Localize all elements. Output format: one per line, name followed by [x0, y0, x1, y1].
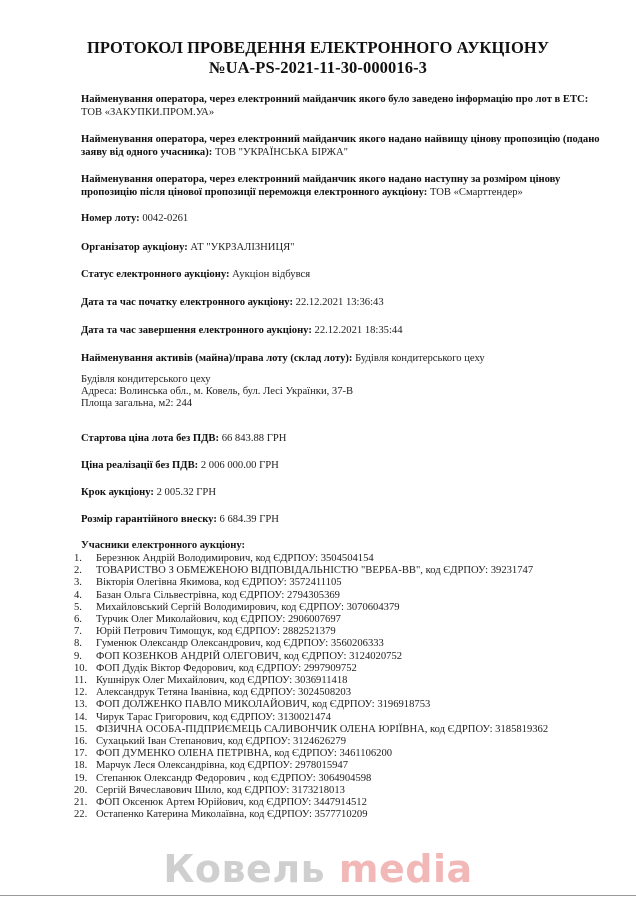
watermark-part1: Ковель	[163, 847, 325, 891]
list-item: 7.Юрій Петрович Тимощук, код ЄДРПОУ: 288…	[74, 626, 548, 638]
field-label: Найменування активів (майна)/права лоту …	[81, 353, 352, 364]
participants-heading: Учасники електронного аукціону:	[81, 540, 245, 551]
list-item: 1.Березнюк Андрій Володимирович, код ЄДР…	[74, 553, 548, 565]
field-ets-operator: Найменування оператора, через електронни…	[81, 93, 601, 119]
lot-description: Будівля кондитерського цеху Адреса: Воли…	[81, 374, 353, 411]
field-start-datetime: Дата та час початку електронного аукціон…	[81, 296, 601, 309]
list-item: 16.Сухацький Іван Степанович, код ЄДРПОУ…	[74, 736, 548, 748]
list-item: 21.ФОП Оксенюк Артем Юрійович, код ЄДРПО…	[74, 797, 548, 809]
watermark-logo: Ковель media	[0, 847, 636, 891]
field-label: Розмір гарантійного внеску:	[81, 514, 217, 525]
field-value: 66 843.88 ГРН	[222, 433, 287, 444]
field-lot-assets: Найменування активів (майна)/права лоту …	[81, 352, 601, 365]
list-item: 9.ФОП КОЗЕНКОВ АНДРІЙ ОЛЕГОВИЧ, код ЄДРП…	[74, 651, 548, 663]
field-auction-step: Крок аукціону: 2 005.32 ГРН	[81, 486, 601, 499]
field-value: 22.12.2021 13:36:43	[296, 297, 384, 308]
list-item: 20.Сергій Вячеславович Шило, код ЄДРПОУ:…	[74, 785, 548, 797]
field-label: Стартова ціна лота без ПДВ:	[81, 433, 219, 444]
field-highest-bid-operator: Найменування оператора, через електронни…	[81, 133, 601, 159]
field-value: ТОВ «ЗАКУПКИ.ПРОМ.УА»	[81, 107, 214, 118]
field-sale-price: Ціна реалізації без ПДВ: 2 006 000.00 ГР…	[81, 459, 601, 472]
list-item: 13.ФОП ДОЛЖЕНКО ПАВЛО МИКОЛАЙОВИЧ, код Є…	[74, 699, 548, 711]
list-item: 4.Базан Ольга Сільвестрівна, код ЄДРПОУ:…	[74, 590, 548, 602]
field-value: 6 684.39 ГРН	[220, 514, 279, 525]
field-value: ТОВ «Смарттендер»	[430, 187, 523, 198]
document-number: №UA-PS-2021-11-30-000016-3	[0, 58, 636, 78]
field-value: АТ "УКРЗАЛІЗНИЦЯ"	[190, 242, 294, 253]
list-item: 5.Михайловський Сергій Володимирович, ко…	[74, 602, 548, 614]
auction-protocol-page: ПРОТОКОЛ ПРОВЕДЕННЯ ЕЛЕКТРОННОГО АУКЦІОН…	[0, 0, 636, 900]
field-end-datetime: Дата та час завершення електронного аукц…	[81, 324, 601, 337]
list-item: 12.Александрук Тетяна Іванівна, код ЄДРП…	[74, 687, 548, 699]
list-item: 15.ФІЗИЧНА ОСОБА-ПІДПРИЄМЕЦЬ САЛИВОНЧИК …	[74, 724, 548, 736]
list-item: 17.ФОП ДУМЕНКО ОЛЕНА ПЕТРІВНА, код ЄДРПО…	[74, 748, 548, 760]
list-item: 22.Остапенко Катерина Миколаївна, код ЄД…	[74, 809, 548, 821]
field-value: 0042-0261	[142, 213, 188, 224]
field-value: Будівля кондитерського цеху	[355, 353, 485, 364]
field-label: Організатор аукціону:	[81, 242, 188, 253]
field-lot-number: Номер лоту: 0042-0261	[81, 212, 601, 225]
field-value: 22.12.2021 18:35:44	[315, 325, 403, 336]
field-next-bid-operator: Найменування оператора, через електронни…	[81, 173, 601, 199]
field-label: Крок аукціону:	[81, 487, 154, 498]
field-label: Найменування оператора, через електронни…	[81, 94, 588, 105]
field-value: 2 006 000.00 ГРН	[201, 460, 279, 471]
field-organizer: Організатор аукціону: АТ "УКРЗАЛІЗНИЦЯ"	[81, 241, 601, 254]
field-label: Номер лоту:	[81, 213, 140, 224]
list-item: 10.ФОП Дудік Віктор Федорович, код ЄДРПО…	[74, 663, 548, 675]
list-item: 2.ТОВАРИСТВО З ОБМЕЖЕНОЮ ВІДПОВІДАЛЬНІСТ…	[74, 565, 548, 577]
list-item: 18.Марчук Леся Олександрівна, код ЄДРПОУ…	[74, 760, 548, 772]
list-item: 11.Кушнірук Олег Михайлович, код ЄДРПОУ:…	[74, 675, 548, 687]
field-value: ТОВ "УКРАЇНСЬКА БІРЖА"	[215, 147, 348, 158]
field-guarantee-fee: Розмір гарантійного внеску: 6 684.39 ГРН	[81, 513, 601, 526]
field-start-price: Стартова ціна лота без ПДВ: 66 843.88 ГР…	[81, 432, 601, 445]
list-item: 19.Степанюк Олександр Федорович , код ЄД…	[74, 773, 548, 785]
field-value: Аукціон відбувся	[232, 269, 310, 280]
page-bottom-edge	[0, 895, 636, 896]
list-item: 14.Чирук Тарас Григорович, код ЄДРПОУ: 3…	[74, 712, 548, 724]
field-status: Статус електронного аукціону: Аукціон ві…	[81, 268, 601, 281]
field-value: 2 005.32 ГРН	[157, 487, 216, 498]
field-label: Ціна реалізації без ПДВ:	[81, 460, 198, 471]
field-label: Статус електронного аукціону:	[81, 269, 230, 280]
list-item: 6.Турчик Олег Миколайович, код ЄДРПОУ: 2…	[74, 614, 548, 626]
list-item: 3.Вікторія Олегівна Якимова, код ЄДРПОУ:…	[74, 577, 548, 589]
lot-description-name: Будівля кондитерського цеху	[81, 374, 353, 386]
field-label: Дата та час завершення електронного аукц…	[81, 325, 312, 336]
field-label: Дата та час початку електронного аукціон…	[81, 297, 293, 308]
document-title: ПРОТОКОЛ ПРОВЕДЕННЯ ЕЛЕКТРОННОГО АУКЦІОН…	[0, 38, 636, 58]
lot-description-area: Площа загальна, м2: 244	[81, 398, 353, 410]
watermark-part2: media	[339, 847, 473, 891]
lot-description-address: Адреса: Волинська обл., м. Ковель, бул. …	[81, 386, 353, 398]
participants-list: 1.Березнюк Андрій Володимирович, код ЄДР…	[74, 553, 548, 821]
list-item: 8.Гуменюк Олександр Олександрович, код Є…	[74, 638, 548, 650]
